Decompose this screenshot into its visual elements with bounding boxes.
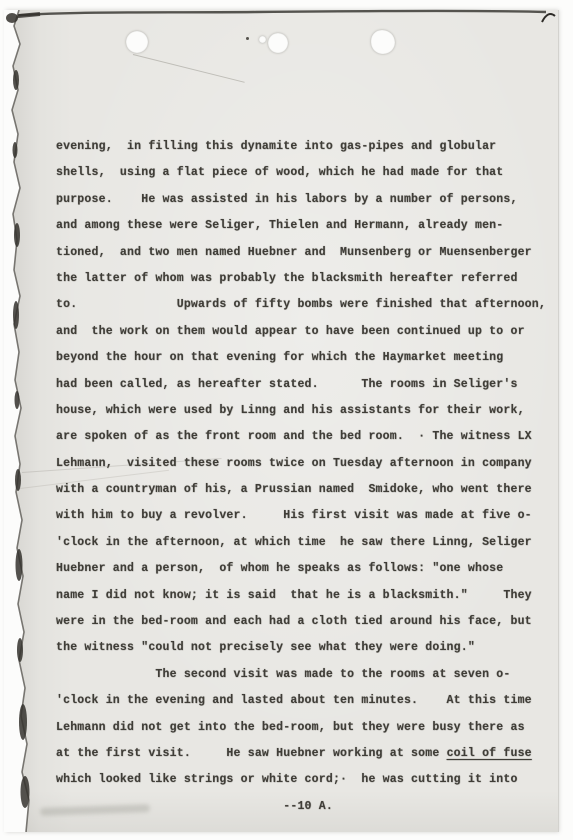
text-line: 'clock in the evening and lasted about t… [56,688,550,714]
text-line: and the work on them would appear to hav… [56,319,550,345]
text-line: purpose. He was assisted in his labors b… [56,187,550,213]
text-segment: with a countryman of his, a Prussian nam… [56,483,532,496]
text-segment: Lehmann, visited these rooms twice on Tu… [56,457,532,470]
text-segment: are spoken of as the front room and the … [56,430,532,443]
text-line: tioned, and two men named Huebner and Mu… [56,240,550,266]
text-line: Lehmann did not get into the bed-room, b… [56,715,550,741]
text-segment: The second visit was made to the rooms a… [56,668,510,681]
text-line: house, which were used by Linng and his … [56,398,550,424]
text-segment: 'clock in the afternoon, at which time h… [56,536,532,549]
scan-background: evening, in filling this dynamite into g… [0,0,573,840]
ink-speck [246,37,249,40]
text-line: were in the bed-room and each had a clot… [56,609,550,635]
text-segment: house, which were used by Linng and his … [56,404,525,417]
torn-left-edge [4,10,44,832]
text-line: to. Upwards of fifty bombs were finished… [56,292,550,318]
page-top-edge [6,4,558,30]
text-line: The second visit was made to the rooms a… [56,662,550,688]
text-segment: to. Upwards of fifty bombs were finished… [56,298,546,311]
text-segment: shells, using a flat piece of wood, whic… [56,166,503,179]
document-text: evening, in filling this dynamite into g… [56,134,550,820]
text-line: Lehmann, visited these rooms twice on Tu… [56,451,550,477]
text-segment: name I did not know; it is said that he … [56,589,532,602]
hole-punch [268,33,288,53]
text-segment: were in the bed-room and each had a clot… [56,615,532,628]
text-line: evening, in filling this dynamite into g… [56,134,550,160]
text-segment: the witness "could not precisely see wha… [56,641,475,654]
hole-punch [371,30,395,54]
text-line: beyond the hour on that evening for whic… [56,345,550,371]
paper-crease [133,54,245,83]
hole-punch [126,31,148,53]
text-line: and among these were Seliger, Thielen an… [56,213,550,239]
text-line: with a countryman of his, a Prussian nam… [56,477,550,503]
text-segment: --10 A. [56,800,333,813]
text-line: shells, using a flat piece of wood, whic… [56,160,550,186]
top-edge-line [10,11,546,16]
text-segment: and the work on them would appear to hav… [56,325,525,338]
text-segment: which looked like strings or white cord;… [56,773,518,786]
text-line: --10 A. [56,794,550,820]
text-line: 'clock in the afternoon, at which time h… [56,530,550,556]
text-segment: beyond the hour on that evening for whic… [56,351,503,364]
scanned-page: evening, in filling this dynamite into g… [6,10,559,832]
text-line: the witness "could not precisely see wha… [56,635,550,661]
text-segment: 'clock in the evening and lasted about t… [56,694,532,707]
text-segment: with him to buy a revolver. His first vi… [56,509,532,522]
text-line: are spoken of as the front room and the … [56,424,550,450]
text-segment: evening, in filling this dynamite into g… [56,140,496,153]
text-line: the latter of whom was probably the blac… [56,266,550,292]
text-segment: and among these were Seliger, Thielen an… [56,219,503,232]
text-segment: had been called, as hereafter stated. Th… [56,378,518,391]
text-line: with him to buy a revolver. His first vi… [56,503,550,529]
text-line: which looked like strings or white cord;… [56,767,550,793]
text-segment: Huebner and a person, of whom he speaks … [56,562,503,575]
text-segment: tioned, and two men named Huebner and Mu… [56,246,532,259]
underlined-phrase: coil of fuse [447,747,532,760]
text-segment: at the first visit. He saw Huebner worki… [56,747,447,760]
hole-punch-small [259,36,266,43]
text-line: had been called, as hereafter stated. Th… [56,372,550,398]
text-segment: the latter of whom was probably the blac… [56,272,518,285]
corner-curl-icon [542,14,555,22]
text-line: Huebner and a person, of whom he speaks … [56,556,550,582]
text-segment: purpose. He was assisted in his labors b… [56,193,518,206]
text-segment: Lehmann did not get into the bed-room, b… [56,721,525,734]
text-line: at the first visit. He saw Huebner worki… [56,741,550,767]
text-line: name I did not know; it is said that he … [56,583,550,609]
